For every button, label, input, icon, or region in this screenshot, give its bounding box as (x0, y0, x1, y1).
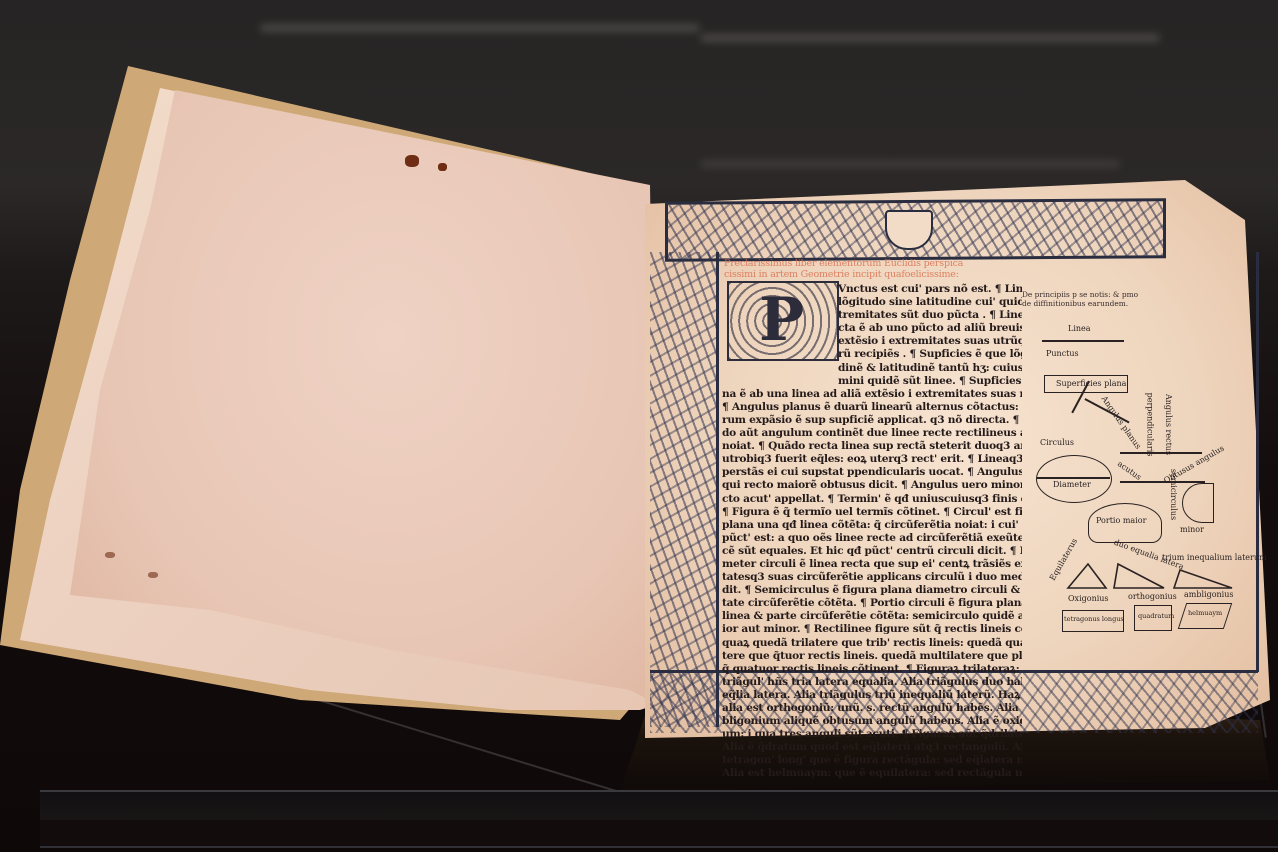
label-linea: Linea (1068, 324, 1091, 333)
margin-heading-line: de diffinitionibus earundem. (1022, 299, 1162, 308)
label-oxigonius: Oxigonius (1068, 594, 1109, 603)
text-line: perstãs ei cui supstat ppendicularis uoc… (722, 466, 1022, 479)
line-diagram (1042, 340, 1124, 342)
text-line: bligonium aliquẽ obtusum angulũ habens. … (722, 715, 1022, 728)
text-line: plana una qđ linea cõtẽta: q̃ circũferẽt… (722, 519, 1022, 532)
museum-display-scene: Preclarissimus liber elementorum Euclidi… (0, 0, 1278, 852)
text-line: quaꝝ quedã trilatere que trib' rectis li… (722, 637, 1022, 650)
wormhole (405, 155, 419, 167)
text-line: tere que q̃tuor rectis lineis. quedã mul… (722, 650, 1022, 663)
text-line: ior aut minor. ¶ Rectilinee figure sũt q… (722, 623, 1022, 636)
text-line: Vnctus est cui' pars nõ est. ¶ Linea est (722, 283, 1022, 296)
display-plinth (40, 820, 1278, 848)
text-line: pũct' est: a quo oẽs linee recte ad circ… (722, 532, 1022, 545)
text-line: na ẽ ab una linea ad aliã extẽsio i extr… (722, 388, 1022, 401)
wormhole (438, 163, 447, 171)
main-text-block: Vnctus est cui' pars nõ est. ¶ Linea est… (722, 283, 1022, 781)
rubric-heading: Preclarissimus liber elementorum Euclidi… (724, 258, 1014, 280)
label-tetragonus-longus: tetragonus longus (1064, 615, 1124, 623)
text-line: Alia ẽ q̃dratum quod est eq̃laterũ atq3 … (722, 741, 1022, 754)
wormhole (105, 552, 115, 558)
label-diameter: Diameter (1053, 480, 1091, 489)
glass-reflection (700, 160, 1120, 168)
label-punctus: Punctus (1046, 349, 1079, 358)
label-ambligonius: ambligonius (1184, 590, 1234, 599)
margin-heading-line: De principiis p se notis: & pmo (1022, 290, 1162, 299)
glass-reflection (260, 24, 700, 32)
label-helmuaym: helmuaym (1188, 609, 1222, 617)
text-line: Alia est helmuaym: que ẽ equilatera: sed… (722, 767, 1022, 780)
text-line: tatesq3 suas circũferẽtie applicans circ… (722, 571, 1022, 584)
text-line: meter circuli ẽ linea recta que sup ei' … (722, 558, 1022, 571)
text-line: linea & parte circũferẽtie cõtẽta: semic… (722, 610, 1022, 623)
text-line: tate circũferẽtie cõtẽta. ¶ Portio circu… (722, 597, 1022, 610)
label-semicirculus: semicirculus (1169, 469, 1178, 520)
text-line: cẽ sũt equales. Et hic qđ pũct' centrũ c… (722, 545, 1022, 558)
rubric-line: Preclarissimus liber elementorum Euclidi… (724, 258, 1014, 269)
base-line (1120, 452, 1202, 454)
text-line: extẽsio i extremitates suas utrũq3 eo (722, 335, 1022, 348)
wormhole (148, 572, 158, 578)
label-angulus-rectus: Angulus rectus (1164, 394, 1173, 455)
label-portio-maior: Portio maior (1096, 516, 1146, 525)
label-perpendicularis: perpendicularis (1145, 393, 1154, 457)
circle-diagram (1036, 455, 1112, 503)
text-line: do aũt angulum continẽt due linee recte … (722, 427, 1022, 440)
label-quadratum: quadratum (1138, 612, 1174, 620)
text-line: noiat. ¶ Quãdo recta linea sup rectã ste… (722, 440, 1022, 453)
woodcut-border-left (650, 252, 719, 727)
text-line: dinẽ & latitudinẽ tantũ hʒ: cuius ter (722, 362, 1022, 375)
text-line: tremitates sũt duo pũcta . ¶ Linea re (722, 309, 1022, 322)
text-line: alia est orthogoniũ: unũ. s. rectũ angul… (722, 702, 1022, 715)
text-line: lõgitudo sine latitudine cui' quidẽ ex (722, 296, 1022, 309)
text-line: qui recto maiorẽ obtusus dicit. ¶ Angulu… (722, 479, 1022, 492)
rubric-line: cissimi in artem Geometrie incipit quafo… (724, 269, 1014, 280)
label-circulus: Circulus (1040, 438, 1074, 447)
text-line: um: i qua tres anguli sũt acuti. ¶ Figur… (722, 728, 1022, 741)
border-shield-ornament (885, 210, 933, 250)
base-line (1120, 481, 1205, 483)
triangles-diagram (1066, 560, 1236, 590)
text-line: dit. ¶ Semicirculus ẽ figura plana diame… (722, 584, 1022, 597)
text-line: mini quidẽ sũt linee. ¶ Supficies pla (722, 375, 1022, 388)
label-minor: minor (1180, 525, 1204, 534)
text-line: eq̃lia latera. Alia triãgulus triũ inequ… (722, 689, 1022, 702)
diameter-line (1037, 477, 1110, 479)
glass-reflection (700, 34, 1160, 42)
text-line: tetragon' long' que ẽ figura rectãgula: … (722, 754, 1022, 767)
acrylic-display-base (40, 790, 1278, 824)
text-line: ¶ Figura ẽ q̃ termĩo uel termĩs cõtinet.… (722, 506, 1022, 519)
text-line: rum expãsio ẽ sup supficiẽ applicat. q3 … (722, 414, 1022, 427)
label-orthogonius: orthogonius (1128, 592, 1177, 601)
text-line: triãgul' hñs tria latera equalia. Alia t… (722, 676, 1022, 689)
text-line: utrobiq3 fuerit eq̃les: eoꝝ uterq3 rect'… (722, 453, 1022, 466)
text-line: q̃ quatuor rectis lineis cõtinent. ¶ Fig… (722, 663, 1022, 676)
semicircle-diagram (1182, 483, 1214, 523)
margin-heading: De principiis p se notis: & pmo de diffi… (1022, 290, 1162, 308)
text-line: ¶ Angulus planus ẽ duarũ linearũ alternu… (722, 401, 1022, 414)
label-superficies: Superficies plana (1056, 379, 1126, 388)
text-line: cto acut' appellat. ¶ Termin' ẽ qđ unius… (722, 493, 1022, 506)
text-line: rũ recipiẽs . ¶ Supficies ẽ que lõgitu (722, 348, 1022, 361)
text-line: cta ẽ ab uno pũcto ad aliũ breuissima (722, 322, 1022, 335)
